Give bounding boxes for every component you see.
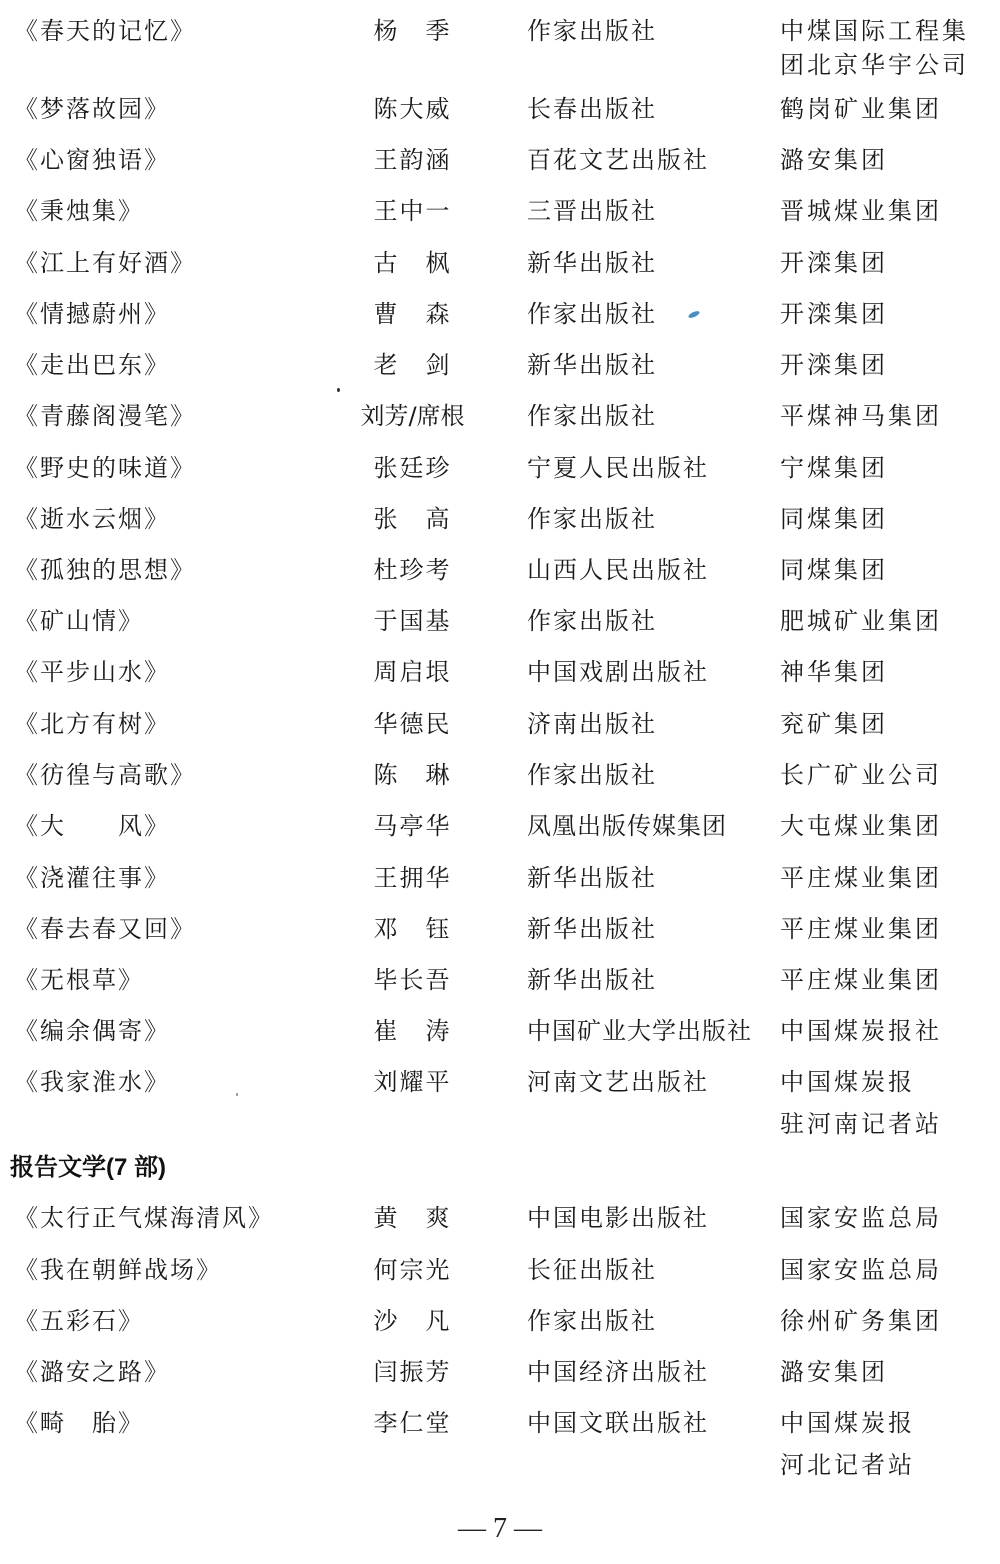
table-row: 《情撼蔚州》 曹 森 作家出版社 开滦集团 [0, 297, 1000, 349]
author-organization: 宁煤集团 [780, 451, 888, 485]
book-publisher: 新华出版社 [527, 912, 657, 946]
page-number: — 7 — [0, 1512, 1000, 1546]
table-row: 《春去春又回》 邓 钰 新华出版社 平庄煤业集团 [0, 912, 1000, 964]
book-title: 《无根草》 [14, 963, 144, 997]
table-row: 《逝水云烟》 张 高 作家出版社 同煤集团 [0, 502, 1000, 554]
author-organization: 开滦集团 [780, 297, 888, 331]
book-title: 《编余偶寄》 [14, 1014, 170, 1048]
book-publisher: 济南出版社 [527, 707, 657, 741]
table-row: 《浇灌往事》 王拥华 新华出版社 平庄煤业集团 [0, 861, 1000, 913]
table-row: 《平步山水》 周启垠 中国戏剧出版社 神华集团 [0, 655, 1000, 707]
book-publisher: 中国文联出版社 [527, 1406, 709, 1440]
author-organization: 长广矿业公司 [780, 758, 942, 792]
table-row: 《矿山情》 于国基 作家出版社 肥城矿业集团 [0, 604, 1000, 656]
book-author: 周启垠 [355, 655, 470, 689]
section-heading-reportage: 报告文学(7 部) [10, 1152, 166, 1184]
book-title: 《春去春又回》 [14, 912, 196, 946]
table-row: 《太行正气煤海清风》 黄 爽 中国电影出版社 国家安监总局 [0, 1201, 1000, 1253]
book-author: 张 高 [355, 502, 470, 536]
book-author: 刘芳/席根 [355, 399, 470, 433]
book-title: 《梦落故园》 [14, 92, 170, 126]
book-publisher: 新华出版社 [527, 963, 657, 997]
author-organization: 平庄煤业集团 [780, 861, 942, 895]
book-publisher: 中国戏剧出版社 [527, 655, 709, 689]
book-title: 《五彩石》 [14, 1304, 144, 1338]
book-publisher: 三晋出版社 [527, 194, 657, 228]
table-row: 《春天的记忆》 杨 季 作家出版社 中煤国际工程集 团北京华宇公司 [0, 14, 1000, 66]
book-author: 黄 爽 [355, 1201, 470, 1235]
author-organization: 同煤集团 [780, 553, 888, 587]
book-author: 杨 季 [355, 14, 470, 48]
book-author: 陈大威 [355, 92, 470, 126]
book-author: 老 剑 [355, 348, 470, 382]
book-title: 《青藤阁漫笔》 [14, 399, 196, 433]
book-publisher: 中国经济出版社 [527, 1355, 709, 1389]
book-title: 《彷徨与高歌》 [14, 758, 196, 792]
ink-dot [236, 1093, 238, 1096]
book-title: 《我家淮水》 [14, 1065, 170, 1099]
book-publisher: 作家出版社 [527, 297, 657, 331]
book-author: 刘耀平 [355, 1065, 470, 1099]
book-author: 陈 琳 [355, 758, 470, 792]
ink-dot [337, 388, 340, 392]
author-organization: 平庄煤业集团 [780, 963, 942, 997]
book-publisher: 凤凰出版传媒集团 [527, 809, 727, 843]
table-row: 《心窗独语》 王韵涵 百花文艺出版社 潞安集团 [0, 143, 1000, 195]
book-publisher: 中国电影出版社 [527, 1201, 709, 1235]
table-row: 《畸 胎》 李仁堂 中国文联出版社 中国煤炭报 河北记者站 [0, 1406, 1000, 1486]
book-author: 李仁堂 [355, 1406, 470, 1440]
book-publisher: 新华出版社 [527, 861, 657, 895]
book-publisher: 百花文艺出版社 [527, 143, 709, 177]
book-author: 古 枫 [355, 246, 470, 280]
table-row: 《走出巴东》 老 剑 新华出版社 开滦集团 [0, 348, 1000, 400]
table-row: 《编余偶寄》 崔 涛 中国矿业大学出版社 中国煤炭报社 [0, 1014, 1000, 1066]
book-title: 《情撼蔚州》 [14, 297, 170, 331]
table-row: 《我在朝鲜战场》 何宗光 长征出版社 国家安监总局 [0, 1253, 1000, 1305]
book-author: 华德民 [355, 707, 470, 741]
author-organization: 兖矿集团 [780, 707, 888, 741]
book-publisher: 新华出版社 [527, 348, 657, 382]
book-author: 闫振芳 [355, 1355, 470, 1389]
book-publisher: 作家出版社 [527, 1304, 657, 1338]
book-title: 《潞安之路》 [14, 1355, 170, 1389]
book-title: 《浇灌往事》 [14, 861, 170, 895]
table-row: 《大 风》 马亭华 凤凰出版传媒集团 大屯煤业集团 [0, 809, 1000, 861]
author-organization: 中煤国际工程集 团北京华宇公司 [780, 14, 969, 82]
author-organization: 潞安集团 [780, 1355, 888, 1389]
author-organization: 国家安监总局 [780, 1201, 942, 1235]
author-organization: 中国煤炭报 河北记者站 [780, 1402, 915, 1486]
book-title: 《北方有树》 [14, 707, 170, 741]
table-row: 《北方有树》 华德民 济南出版社 兖矿集团 [0, 707, 1000, 759]
book-publisher: 作家出版社 [527, 604, 657, 638]
table-row: 《我家淮水》 刘耀平 河南文艺出版社 中国煤炭报 驻河南记者站 [0, 1065, 1000, 1145]
book-publisher: 河南文艺出版社 [527, 1065, 709, 1099]
book-publisher: 长春出版社 [527, 92, 657, 126]
book-author: 于国基 [355, 604, 470, 638]
table-row: 《江上有好酒》 古 枫 新华出版社 开滦集团 [0, 246, 1000, 298]
book-title: 《江上有好酒》 [14, 246, 196, 280]
book-title: 《秉烛集》 [14, 194, 144, 228]
book-title: 《大 风》 [14, 809, 170, 843]
author-organization: 徐州矿务集团 [780, 1304, 942, 1338]
table-row: 《孤独的思想》 杜珍考 山西人民出版社 同煤集团 [0, 553, 1000, 605]
book-title: 《心窗独语》 [14, 143, 170, 177]
book-title: 《矿山情》 [14, 604, 144, 638]
book-author: 崔 涛 [355, 1014, 470, 1048]
author-organization: 中国煤炭报社 [780, 1014, 942, 1048]
author-organization: 大屯煤业集团 [780, 809, 942, 843]
book-publisher: 新华出版社 [527, 246, 657, 280]
table-row: 《秉烛集》 王中一 三晋出版社 晋城煤业集团 [0, 194, 1000, 246]
author-organization: 肥城矿业集团 [780, 604, 942, 638]
book-author: 王中一 [355, 194, 470, 228]
book-author: 杜珍考 [355, 553, 470, 587]
author-organization: 开滦集团 [780, 348, 888, 382]
book-title: 《畸 胎》 [14, 1406, 144, 1440]
book-title: 《我在朝鲜战场》 [14, 1253, 222, 1287]
book-author: 王韵涵 [355, 143, 470, 177]
document-page: 《春天的记忆》 杨 季 作家出版社 中煤国际工程集 团北京华宇公司 《梦落故园》… [0, 0, 1000, 1564]
book-title: 《平步山水》 [14, 655, 170, 689]
book-author: 曹 森 [355, 297, 470, 331]
author-organization: 平煤神马集团 [780, 399, 942, 433]
table-row: 《无根草》 毕长吾 新华出版社 平庄煤业集团 [0, 963, 1000, 1015]
book-publisher: 作家出版社 [527, 399, 657, 433]
author-organization: 国家安监总局 [780, 1253, 942, 1287]
author-organization: 神华集团 [780, 655, 888, 689]
table-row: 《五彩石》 沙 凡 作家出版社 徐州矿务集团 [0, 1304, 1000, 1356]
book-title: 《孤独的思想》 [14, 553, 196, 587]
book-publisher: 作家出版社 [527, 502, 657, 536]
table-row: 《梦落故园》 陈大威 长春出版社 鹤岗矿业集团 [0, 92, 1000, 144]
book-author: 沙 凡 [355, 1304, 470, 1338]
book-title: 《走出巴东》 [14, 348, 170, 382]
book-publisher: 山西人民出版社 [527, 553, 709, 587]
book-author: 马亭华 [355, 809, 470, 843]
book-publisher: 作家出版社 [527, 14, 657, 48]
book-author: 何宗光 [355, 1253, 470, 1287]
author-organization: 鹤岗矿业集团 [780, 92, 942, 126]
table-row: 《野史的味道》 张廷珍 宁夏人民出版社 宁煤集团 [0, 451, 1000, 503]
author-organization: 晋城煤业集团 [780, 194, 942, 228]
book-title: 《太行正气煤海清风》 [14, 1201, 274, 1235]
table-row: 《彷徨与高歌》 陈 琳 作家出版社 长广矿业公司 [0, 758, 1000, 810]
author-organization: 潞安集团 [780, 143, 888, 177]
table-row: 《青藤阁漫笔》 刘芳/席根 作家出版社 平煤神马集团 [0, 399, 1000, 451]
table-row: 《潞安之路》 闫振芳 中国经济出版社 潞安集团 [0, 1355, 1000, 1407]
book-author: 毕长吾 [355, 963, 470, 997]
book-publisher: 中国矿业大学出版社 [527, 1014, 752, 1048]
book-author: 王拥华 [355, 861, 470, 895]
book-publisher: 作家出版社 [527, 758, 657, 792]
author-organization: 中国煤炭报 驻河南记者站 [780, 1061, 942, 1145]
book-title: 《逝水云烟》 [14, 502, 170, 536]
author-organization: 开滦集团 [780, 246, 888, 280]
book-author: 张廷珍 [355, 451, 470, 485]
book-publisher: 宁夏人民出版社 [527, 451, 709, 485]
book-publisher: 长征出版社 [527, 1253, 657, 1287]
book-title: 《野史的味道》 [14, 451, 196, 485]
author-organization: 平庄煤业集团 [780, 912, 942, 946]
book-title: 《春天的记忆》 [14, 14, 196, 48]
book-author: 邓 钰 [355, 912, 470, 946]
author-organization: 同煤集团 [780, 502, 888, 536]
